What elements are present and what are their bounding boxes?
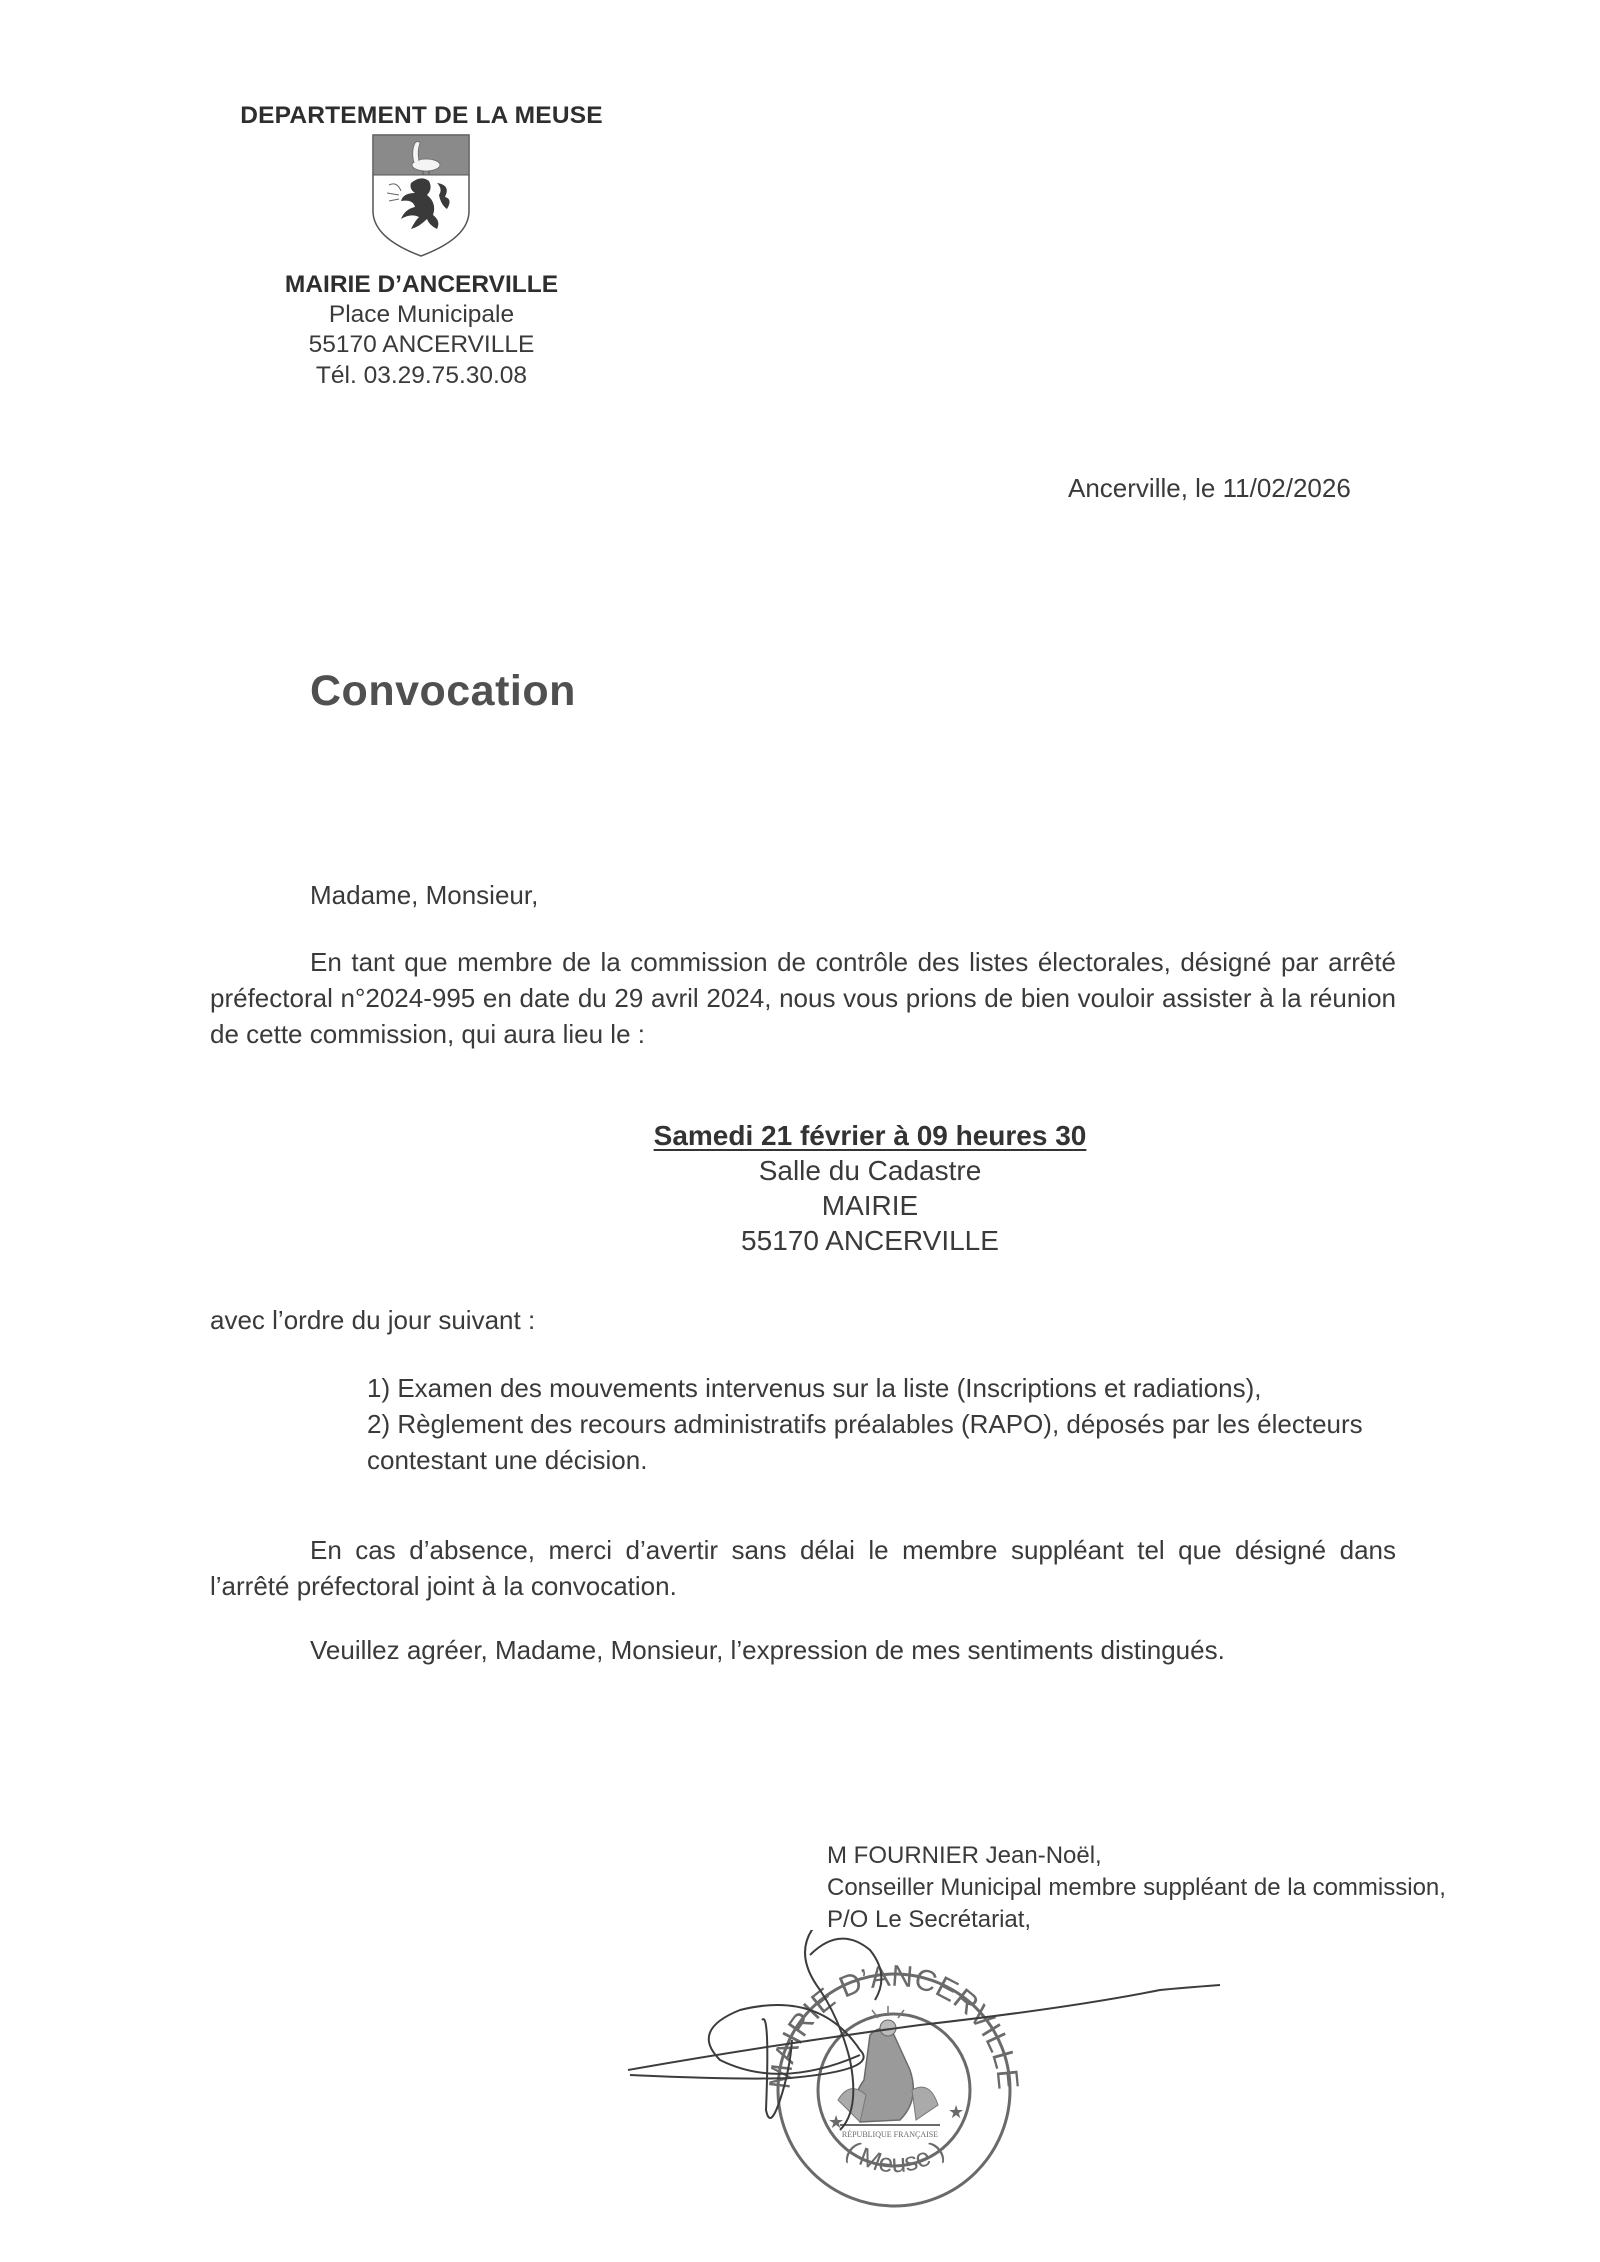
coat-of-arms-icon <box>371 133 471 258</box>
department-heading: DEPARTEMENT DE LA MEUSE <box>0 102 843 130</box>
paragraph-invitation: En tant que membre de la commission de c… <box>210 944 1396 1052</box>
agenda-item-continued: contestant une décision. <box>367 1442 1397 1478</box>
address-line-1: Place Municipale <box>0 301 843 329</box>
agenda-intro: avec l’ordre du jour suivant : <box>210 1305 535 1336</box>
stamp-icon: MAIRIE D’ANCERVILLE ( Meuse ) ★ ★ RÉPUBL… <box>763 1960 1024 2206</box>
phone-line: Tél. 03.29.75.30.08 <box>0 362 843 390</box>
meeting-room: Salle du Cadastre <box>430 1153 1310 1188</box>
agenda-list: 1) Examen des mouvements intervenus sur … <box>367 1370 1397 1478</box>
closing-formula-text: Veuillez agréer, Madame, Monsieur, l’exp… <box>310 1635 1225 1665</box>
signatory-role: Conseiller Municipal membre suppléant de… <box>827 1872 1446 1904</box>
svg-text:RÉPUBLIQUE FRANÇAISE: RÉPUBLIQUE FRANÇAISE <box>842 2129 938 2139</box>
svg-text:★: ★ <box>948 2102 964 2122</box>
signatory-name: M FOURNIER Jean-Noël, <box>827 1840 1446 1872</box>
page-title: Convocation <box>310 667 576 716</box>
address-line-2: 55170 ANCERVILLE <box>0 331 843 359</box>
date-line: Ancerville, le 11/02/2026 <box>1068 473 1351 504</box>
meeting-building: MAIRIE <box>430 1188 1310 1223</box>
meeting-details: Samedi 21 février à 09 heures 30 Salle d… <box>430 1118 1310 1258</box>
paragraph-invitation-text: En tant que membre de la commission de c… <box>210 947 1396 1049</box>
greeting: Madame, Monsieur, <box>310 880 538 911</box>
paragraph-absence: En cas d’absence, merci d’avertir sans d… <box>210 1532 1396 1604</box>
meeting-datetime: Samedi 21 février à 09 heures 30 <box>430 1118 1310 1153</box>
paragraph-absence-text: En cas d’absence, merci d’avertir sans d… <box>210 1535 1396 1601</box>
official-stamp-and-signature: MAIRIE D’ANCERVILLE ( Meuse ) ★ ★ RÉPUBL… <box>620 1930 1270 2260</box>
signature-block: M FOURNIER Jean-Noël, Conseiller Municip… <box>827 1840 1446 1936</box>
mairie-heading: MAIRIE D’ANCERVILLE <box>0 271 843 299</box>
closing-formula: Veuillez agréer, Madame, Monsieur, l’exp… <box>210 1632 1396 1668</box>
agenda-item: 1) Examen des mouvements intervenus sur … <box>367 1370 1397 1406</box>
agenda-item: 2) Règlement des recours administratifs … <box>367 1406 1397 1442</box>
svg-text:( Meuse ): ( Meuse ) <box>841 2135 950 2179</box>
meeting-city: 55170 ANCERVILLE <box>430 1223 1310 1258</box>
